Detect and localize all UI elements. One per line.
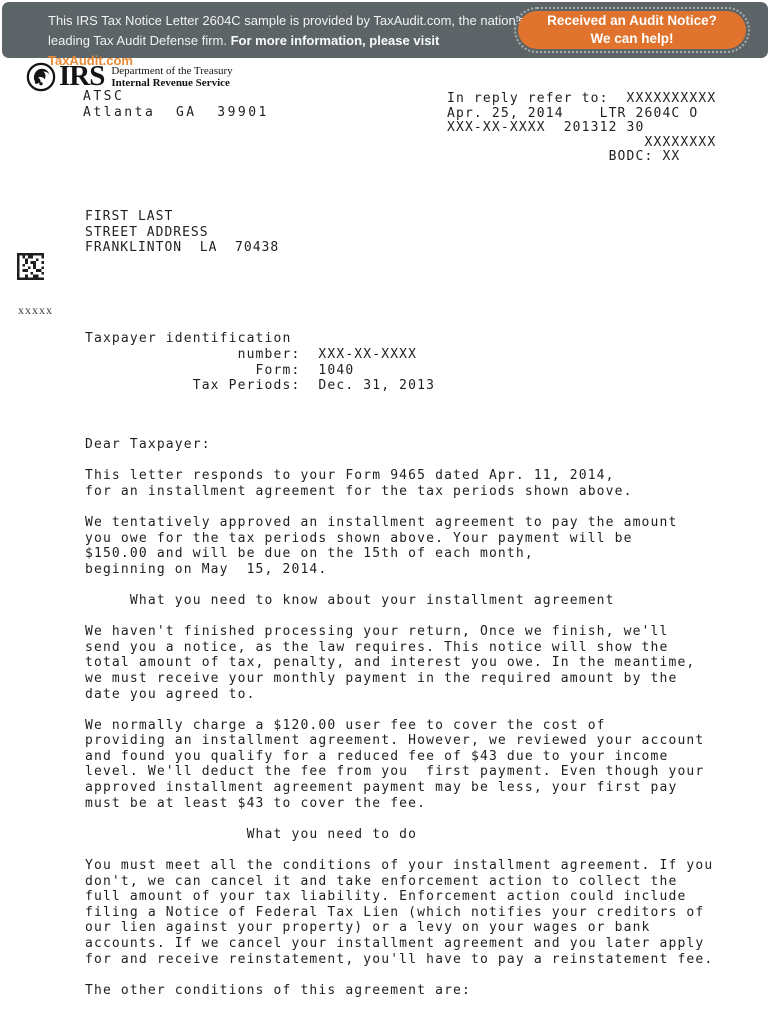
irs-letter-page: This IRS Tax Notice Letter 2604C sample … bbox=[0, 0, 770, 1024]
margin-code: xxxxx bbox=[18, 303, 53, 318]
promo-text-line1: This IRS Tax Notice Letter 2604C sample … bbox=[48, 13, 525, 28]
audit-help-button-line2: We can help! bbox=[590, 31, 673, 46]
audit-help-button[interactable]: Received an Audit Notice? We can help! bbox=[518, 11, 746, 49]
irs-eagle-logo bbox=[26, 62, 56, 92]
promo-text-bold: For more information, please visit bbox=[231, 33, 440, 48]
promo-banner: This IRS Tax Notice Letter 2604C sample … bbox=[2, 2, 768, 58]
agency-line2: Internal Revenue Service bbox=[111, 77, 232, 89]
irs-acronym: IRS bbox=[59, 62, 104, 91]
reply-reference-block: In reply refer to: XXXXXXXXXX Apr. 25, 2… bbox=[447, 92, 716, 165]
letter-body: Dear Taxpayer: This letter responds to y… bbox=[85, 437, 713, 998]
audit-help-button-line1: Received an Audit Notice? bbox=[547, 13, 717, 28]
promo-text-line2: leading Tax Audit Defense firm. bbox=[48, 33, 231, 48]
service-center-address: ATSC Atlanta GA 39901 bbox=[83, 89, 269, 120]
data-matrix-barcode bbox=[17, 253, 44, 280]
recipient-address: FIRST LAST STREET ADDRESS FRANKLINTON LA… bbox=[85, 209, 279, 256]
agency-name: Department of the Treasury Internal Reve… bbox=[111, 65, 232, 89]
irs-letterhead: IRS Department of the Treasury Internal … bbox=[26, 62, 233, 92]
taxpayer-reference-block: Taxpayer identification number: XXX-XX-X… bbox=[85, 331, 435, 394]
agency-line1: Department of the Treasury bbox=[111, 65, 232, 77]
